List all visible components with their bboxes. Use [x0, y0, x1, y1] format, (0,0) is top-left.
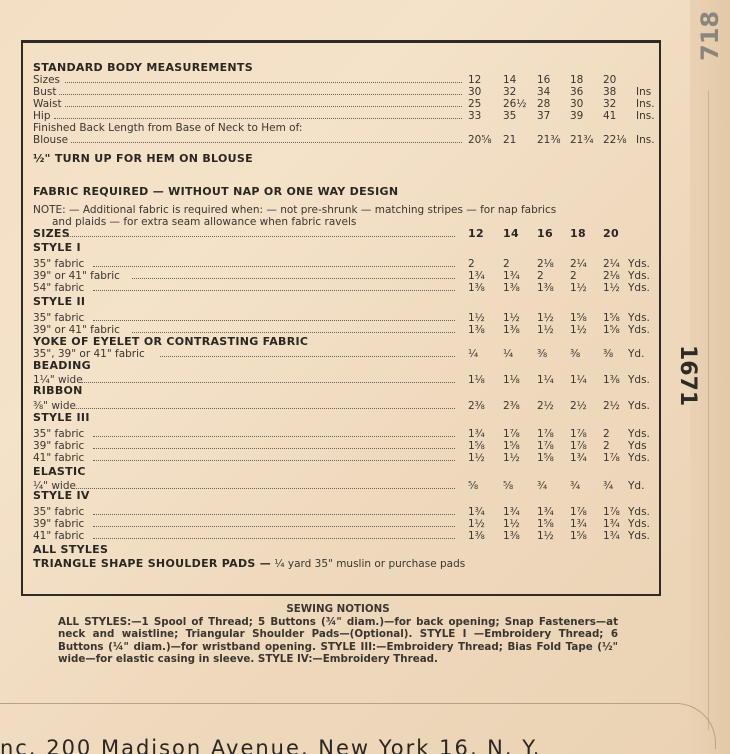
- cell-value: 36: [570, 86, 600, 98]
- cell-value: ¼: [468, 348, 498, 360]
- cell-value: 2½: [570, 400, 600, 412]
- leader-dots: [93, 526, 455, 527]
- section-heading: RIBBON: [33, 385, 658, 397]
- cell-value: 1⅞: [570, 440, 600, 452]
- shoulder-pads-text: ¼ yard 35" muslin or purchase pads: [271, 558, 465, 570]
- cell-value: 1¾: [503, 270, 533, 282]
- section-heading: BEADING: [33, 360, 658, 372]
- body-measurements-title: STANDARD BODY MEASUREMENTS: [33, 62, 658, 74]
- table-row: 54" fabric1⅜1⅜1⅜1½1½Yds.: [33, 282, 658, 294]
- cell-value: 2⅜: [468, 400, 498, 412]
- leader-dots: [93, 290, 455, 291]
- row-label: 41" fabric: [33, 530, 84, 542]
- cell-value: 32: [503, 86, 533, 98]
- cell-value: 1⅜: [503, 324, 533, 336]
- section-heading: STYLE II: [33, 296, 658, 308]
- cell-value: ⅜: [537, 348, 567, 360]
- cell-value: 18: [570, 74, 600, 86]
- cell-value: 2½: [537, 400, 567, 412]
- shoulder-pads-bold: TRIANGLE SHAPE SHOULDER PADS —: [33, 557, 271, 570]
- row-label: Sizes: [33, 74, 60, 86]
- unit-label: Ins.: [636, 134, 655, 146]
- unit-label: Yds.: [628, 428, 650, 440]
- row-label: 35" fabric: [33, 258, 84, 270]
- envelope-flap-line: [0, 703, 680, 704]
- table-row: 41" fabric1½1½1⅝1¾1⅞Yds.: [33, 452, 658, 464]
- section-heading: STYLE I: [33, 242, 658, 254]
- leader-dots: [93, 436, 455, 437]
- leader-dots: [93, 460, 455, 461]
- cell-value: 28: [537, 98, 567, 110]
- cell-value: 20: [603, 74, 633, 86]
- cell-value: 1¾: [468, 270, 498, 282]
- unit-label: Yds.: [628, 270, 650, 282]
- envelope-fold-line: [708, 90, 709, 730]
- leader-dots: [82, 382, 455, 383]
- hem-note: ½" TURN UP FOR HEM ON BLOUSE: [33, 153, 658, 165]
- fabric-required-title: FABRIC REQUIRED — WITHOUT NAP OR ONE WAY…: [33, 186, 658, 198]
- unit-label: Yds.: [628, 518, 650, 530]
- leader-dots: [65, 82, 462, 83]
- cell-value: 1⅞: [503, 428, 533, 440]
- leader-dots: [93, 320, 455, 321]
- cell-value: 20⅝: [468, 134, 498, 146]
- table-row: Blouse20⅝2121⅜21¾22⅛Ins.: [33, 134, 658, 146]
- publisher-address: nc. 200 Madison Avenue, New York 16, N. …: [0, 736, 541, 754]
- sewing-notions-title: SEWING NOTIONS: [58, 603, 618, 616]
- unit-label: Yds.: [628, 452, 650, 464]
- table-row: Hip3335373941Ins.: [33, 110, 658, 122]
- cell-value: 2⅛: [537, 258, 567, 270]
- cell-value: ¼: [503, 348, 533, 360]
- table-row: SIZES1214161820: [33, 228, 658, 240]
- cell-value: 1⅜: [503, 530, 533, 542]
- back-length-label: Finished Back Length from Base of Neck t…: [33, 122, 658, 134]
- cell-value: 1½: [537, 312, 567, 324]
- row-label: 35" fabric: [33, 428, 84, 440]
- cell-value: 1⅝: [570, 530, 600, 542]
- section-heading: YOKE OF EYELET OR CONTRASTING FABRIC: [33, 336, 658, 348]
- cell-value: 1⅜: [537, 282, 567, 294]
- cell-value: 26½: [503, 98, 533, 110]
- leader-dots: [59, 94, 462, 95]
- leader-dots: [93, 538, 455, 539]
- cell-value: 34: [537, 86, 567, 98]
- leader-dots: [71, 142, 462, 143]
- cell-value: 1½: [537, 530, 567, 542]
- row-label: 39" or 41" fabric: [33, 270, 120, 282]
- row-label: SIZES: [33, 228, 70, 240]
- leader-dots: [65, 236, 455, 237]
- cell-value: 39: [570, 110, 600, 122]
- cell-value: 1½: [570, 324, 600, 336]
- unit-label: Yds.: [628, 506, 650, 518]
- table-row: 39" fabric1⅝1⅝1⅞1⅞2Yds: [33, 440, 658, 452]
- leader-dots: [65, 106, 462, 107]
- cell-value: 41: [603, 110, 633, 122]
- row-label: Blouse: [33, 134, 68, 146]
- section-heading: STYLE III: [33, 412, 658, 424]
- cell-value: 1⅞: [570, 428, 600, 440]
- unit-label: Yds.: [628, 282, 650, 294]
- leader-dots: [160, 356, 455, 357]
- table-row: 35" fabric1½1½1½1⅝1⅝Yds.: [33, 312, 658, 324]
- unit-label: Yds.: [628, 530, 650, 542]
- side-pattern-number: 1671: [672, 345, 702, 405]
- cell-value: 20: [603, 228, 633, 240]
- leader-dots: [76, 408, 455, 409]
- sewing-notions-text: ALL STYLES:—1 Spool of Thread; 5 Buttons…: [58, 616, 618, 666]
- cell-value: 30: [570, 98, 600, 110]
- sewing-notions: SEWING NOTIONS ALL STYLES:—1 Spool of Th…: [58, 603, 618, 666]
- cell-value: 2¼: [570, 258, 600, 270]
- unit-label: Yds.: [628, 258, 650, 270]
- corner-pattern-number: 718: [696, 6, 724, 66]
- leader-dots: [93, 266, 455, 267]
- section-heading: STYLE IV: [33, 490, 658, 502]
- cell-value: 1¾: [537, 506, 567, 518]
- shoulder-pads-line: TRIANGLE SHAPE SHOULDER PADS — ¼ yard 35…: [33, 558, 658, 570]
- unit-label: Yds.: [628, 400, 650, 412]
- cell-value: 1½: [503, 518, 533, 530]
- leader-dots: [93, 514, 455, 515]
- unit-label: Yd.: [628, 348, 644, 360]
- table-row: 35", 39" or 41" fabric¼¼⅜⅜⅜Yd.: [33, 348, 658, 360]
- table-row: 35" fabric1¾1⅞1⅞1⅞2Yds.: [33, 428, 658, 440]
- cell-value: ⅜: [570, 348, 600, 360]
- cell-value: 1⅝: [468, 440, 498, 452]
- cell-value: 16: [537, 228, 567, 240]
- table-row: Bust3032343638Ins: [33, 86, 658, 98]
- cell-value: 14: [503, 74, 533, 86]
- section-heading: ELASTIC: [33, 466, 658, 478]
- leader-dots: [132, 332, 455, 333]
- cell-value: 37: [537, 110, 567, 122]
- cell-value: 1⅞: [570, 506, 600, 518]
- cell-value: 1½: [503, 452, 533, 464]
- unit-label: Ins.: [636, 98, 655, 110]
- row-label: Hip: [33, 110, 50, 122]
- table-row: 39" fabric1½1½1⅝1¾1¾Yds.: [33, 518, 658, 530]
- cell-value: 2: [570, 270, 600, 282]
- leader-dots: [54, 118, 462, 119]
- cell-value: 1⅝: [570, 312, 600, 324]
- row-label: 54" fabric: [33, 282, 84, 294]
- cell-value: 1¾: [570, 518, 600, 530]
- cell-value: 1⅜: [468, 324, 498, 336]
- cell-value: 1½: [468, 312, 498, 324]
- table-row: Waist2526½283032Ins.: [33, 98, 658, 110]
- table-row: ⅜" wide2⅜2⅜2½2½2½Yds.: [33, 400, 658, 412]
- cell-value: 1⅜: [468, 530, 498, 542]
- table-row: 41" fabric1⅜1⅜1½1⅝1¾Yds.: [33, 530, 658, 542]
- table-row: 35" fabric222⅛2¼2¼Yds.: [33, 258, 658, 270]
- unit-label: Ins.: [636, 110, 655, 122]
- cell-value: 1½: [570, 282, 600, 294]
- cell-value: 30: [468, 86, 498, 98]
- cell-value: 1⅝: [537, 452, 567, 464]
- cell-value: 1¾: [468, 506, 498, 518]
- unit-label: Yds: [628, 440, 647, 452]
- leader-dots: [93, 448, 455, 449]
- all-styles-heading: ALL STYLES: [33, 544, 658, 556]
- unit-label: Ins: [636, 86, 651, 98]
- cell-value: 1¾: [468, 428, 498, 440]
- row-label: 41" fabric: [33, 452, 84, 464]
- cell-value: 1⅝: [503, 440, 533, 452]
- row-label: 35" fabric: [33, 506, 84, 518]
- cell-value: 12: [468, 228, 498, 240]
- cell-value: 1¾: [503, 506, 533, 518]
- cell-value: 16: [537, 74, 567, 86]
- cell-value: 2⅜: [503, 400, 533, 412]
- leader-dots: [132, 278, 455, 279]
- table-row: 39" or 41" fabric1¾1¾222⅛Yds.: [33, 270, 658, 282]
- cell-value: 2: [537, 270, 567, 282]
- leader-dots: [76, 488, 455, 489]
- cell-value: 12: [468, 74, 498, 86]
- cell-value: 21⅜: [537, 134, 567, 146]
- cell-value: 22⅛: [603, 134, 633, 146]
- cell-value: 38: [603, 86, 633, 98]
- cell-value: 25: [468, 98, 498, 110]
- cell-value: 1⅜: [468, 282, 498, 294]
- fabric-note: NOTE: — Additional fabric is required wh…: [33, 204, 658, 216]
- row-label: Bust: [33, 86, 56, 98]
- cell-value: 35: [503, 110, 533, 122]
- table-row: 35" fabric1¾1¾1¾1⅞1⅞Yds.: [33, 506, 658, 518]
- cell-value: 18: [570, 228, 600, 240]
- cell-value: 1½: [468, 452, 498, 464]
- table-row: Sizes1214161820: [33, 74, 658, 86]
- cell-value: 1⅞: [537, 428, 567, 440]
- cell-value: 1½: [503, 312, 533, 324]
- cell-value: 1⅞: [537, 440, 567, 452]
- unit-label: Yds.: [628, 324, 650, 336]
- row-label: 39" fabric: [33, 518, 84, 530]
- cell-value: 1¾: [570, 452, 600, 464]
- cell-value: 1⅝: [537, 518, 567, 530]
- cell-value: 21: [503, 134, 533, 146]
- row-label: 39" fabric: [33, 440, 84, 452]
- cell-value: 1½: [537, 324, 567, 336]
- cell-value: 14: [503, 228, 533, 240]
- cell-value: 33: [468, 110, 498, 122]
- row-label: 35" fabric: [33, 312, 84, 324]
- cell-value: 2: [503, 258, 533, 270]
- cell-value: 1½: [468, 518, 498, 530]
- cell-value: 1⅜: [503, 282, 533, 294]
- cell-value: 32: [603, 98, 633, 110]
- cell-value: 21¾: [570, 134, 600, 146]
- unit-label: Yds.: [628, 312, 650, 324]
- cell-value: 2: [468, 258, 498, 270]
- row-label: Waist: [33, 98, 62, 110]
